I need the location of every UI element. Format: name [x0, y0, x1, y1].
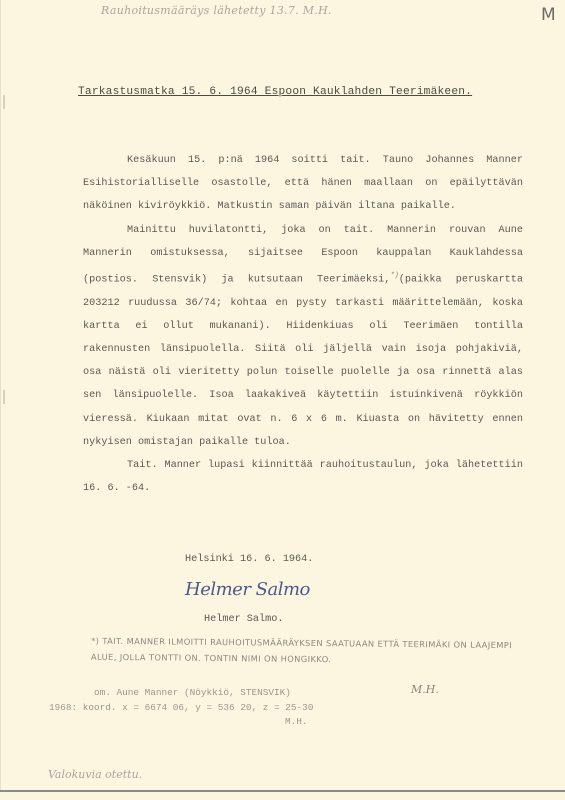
typed-note-initials: M.H. — [49, 715, 313, 730]
handwritten-top-note: Rauhoitusmääräys lähetetty 13.7. M.H. — [101, 4, 332, 17]
footnote-marker: *) — [390, 272, 398, 280]
paragraph-text: (paikka peruskartta 203212 ruudussa 36/7… — [83, 274, 523, 447]
place-date: Helsinki 16. 6. 1964. — [185, 554, 313, 565]
paragraph: Mainittu huvilatontti, joka on tait. Man… — [83, 219, 523, 454]
corner-mark: M — [541, 5, 556, 25]
handwritten-footnote: *) TAIT. MANNER ILMOITTI RAUHOITUSMÄÄRÄY… — [91, 633, 531, 670]
handwritten-initials: M.H. — [411, 683, 439, 696]
binding-mark — [3, 95, 5, 109]
report-body: Kesäkuun 15. p:nä 1964 soitti tait. Taun… — [83, 149, 523, 500]
signer-name: Helmer Salmo. — [204, 614, 283, 625]
typed-note: om. Aune Manner (Nöykkiö, STENSVIK)1968:… — [49, 686, 313, 730]
typed-note-line: 1968: koord. x = 6674 06, y = 536 20, z … — [49, 701, 313, 716]
binding-mark — [3, 390, 5, 404]
page-edge — [0, 790, 565, 800]
typed-note-line: om. Aune Manner (Nöykkiö, STENSVIK) — [49, 686, 313, 701]
paragraph: Tait. Manner lupasi kiinnittää rauhoitus… — [83, 454, 523, 500]
paragraph: Kesäkuun 15. p:nä 1964 soitti tait. Taun… — [83, 149, 523, 219]
document-page: Rauhoitusmääräys lähetetty 13.7. M.H. M … — [0, 0, 565, 790]
handwritten-bottom-note: Valokuvia otettu. — [48, 768, 142, 781]
document-title: Tarkastusmatka 15. 6. 1964 Espoon Kaukla… — [78, 86, 472, 98]
signature: Helmer Salmo — [185, 579, 310, 600]
